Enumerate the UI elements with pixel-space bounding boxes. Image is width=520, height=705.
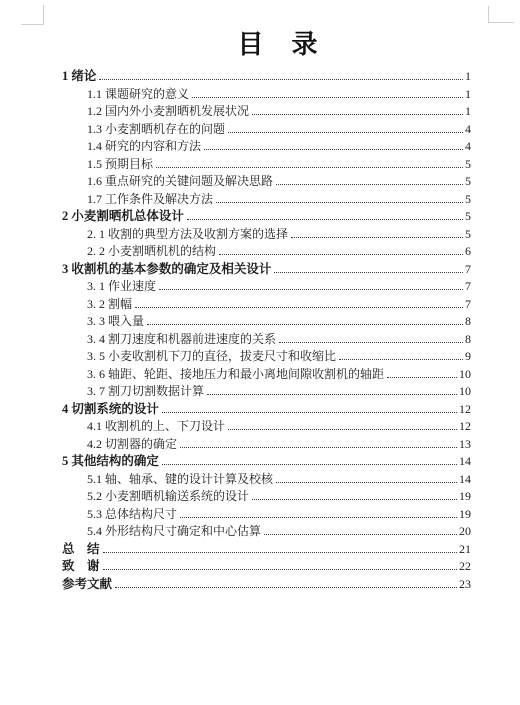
toc-entry[interactable]: 4 切割系统的设计 12 [62, 401, 471, 419]
toc-entry-page-number: 21 [459, 541, 471, 559]
dot-leader [252, 114, 463, 115]
toc-entry-label: 3 收割机的基本参数的确定及相关设计 [62, 261, 271, 279]
toc-entry-page-number: 1 [465, 103, 471, 121]
toc-entry[interactable]: 5.3 总体结构尺寸 19 [62, 506, 471, 524]
toc-entry-page-number: 7 [465, 278, 471, 296]
toc-entry-page-number: 5 [465, 226, 471, 244]
toc-entry[interactable]: 5.2 小麦割晒机输送系统的设计 19 [62, 488, 471, 506]
dot-leader [276, 184, 463, 185]
toc-entry-label: 2 小麦割晒机总体设计 [62, 208, 184, 226]
dot-leader [279, 342, 463, 343]
toc-entry[interactable]: 总 结 21 [62, 541, 471, 559]
toc-entry-page-number: 5 [465, 173, 471, 191]
document-page: 目 录 1 绪论 1 1.1 课题研究的意义 1 1.2 国内外小麦割晒机发展状… [0, 0, 520, 705]
toc-entry[interactable]: 5 其他结构的确定 14 [62, 453, 471, 471]
toc-entry-page-number: 23 [459, 576, 471, 594]
dot-leader [99, 79, 463, 80]
toc-entry[interactable]: 1.4 研究的内容和方法 4 [62, 138, 471, 156]
toc-entry-label: 3. 7 割刀切割数据计算 [87, 383, 204, 401]
toc-entry-page-number: 6 [465, 243, 471, 261]
toc-entry-page-number: 7 [465, 296, 471, 314]
toc-entry-page-number: 4 [465, 138, 471, 156]
toc-entry[interactable]: 3 收割机的基本参数的确定及相关设计 7 [62, 261, 471, 279]
toc-entry[interactable]: 致 谢 22 [62, 558, 471, 576]
toc-entry-label: 1.2 国内外小麦割晒机发展状况 [87, 103, 249, 121]
toc-entry-label: 2. 2 小麦割晒机机的结构 [87, 243, 216, 261]
dot-leader [156, 167, 463, 168]
dot-leader [135, 307, 463, 308]
dot-leader [103, 569, 457, 570]
dot-leader [264, 534, 457, 535]
toc-entry-page-number: 4 [465, 121, 471, 139]
dot-leader [180, 517, 457, 518]
toc-title: 目 录 [43, 24, 513, 61]
toc-entry[interactable]: 1 绪论 1 [62, 68, 471, 86]
toc-entry-label: 5.3 总体结构尺寸 [87, 506, 177, 524]
toc-entry-page-number: 22 [459, 558, 471, 576]
toc-entry[interactable]: 3. 7 割刀切割数据计算 10 [62, 383, 471, 401]
toc-entry[interactable]: 4.1 收割机的上、下刀设计 12 [62, 418, 471, 436]
dot-leader [276, 482, 457, 483]
dot-leader [147, 324, 463, 325]
toc-entry-label: 3. 3 喂入量 [87, 313, 144, 331]
toc-entry-label: 5 其他结构的确定 [62, 453, 159, 471]
toc-entry-label: 4 切割系统的设计 [62, 401, 159, 419]
toc-entry-page-number: 12 [459, 401, 471, 419]
dot-leader [339, 359, 463, 360]
toc-entry-label: 5.2 小麦割晒机输送系统的设计 [87, 488, 249, 506]
toc-entry-page-number: 20 [459, 523, 471, 541]
toc-entry-page-number: 10 [459, 366, 471, 384]
toc-entry-label: 1 绪论 [62, 68, 96, 86]
toc-entry-page-number: 8 [465, 313, 471, 331]
toc-entry-page-number: 14 [459, 471, 471, 489]
toc-entry-page-number: 5 [465, 191, 471, 209]
toc-entry[interactable]: 1.7 工作条件及解决方法 5 [62, 191, 471, 209]
dot-leader [387, 377, 457, 378]
toc-entry[interactable]: 3. 3 喂入量 8 [62, 313, 471, 331]
toc-entry[interactable]: 参考文献 23 [62, 576, 471, 594]
dot-leader [162, 412, 457, 413]
dot-leader [115, 587, 457, 588]
toc-entry[interactable]: 5.4 外形结构尺寸确定和中心估算 20 [62, 523, 471, 541]
toc-entry-label: 1.6 重点研究的关键问题及解决思路 [87, 173, 273, 191]
text-boundary-mark-top-left [21, 5, 44, 25]
toc-entry-page-number: 5 [465, 156, 471, 174]
toc-entry[interactable]: 5.1 轴、轴承、键的设计计算及校核 14 [62, 471, 471, 489]
dot-leader [159, 289, 463, 290]
toc-entry[interactable]: 1.2 国内外小麦割晒机发展状况 1 [62, 103, 471, 121]
toc-entry-page-number: 19 [459, 506, 471, 524]
dot-leader [252, 499, 457, 500]
toc-entry-label: 总 结 [62, 541, 100, 559]
toc-entry-page-number: 13 [459, 436, 471, 454]
toc-entry-label: 3. 2 割幅 [87, 296, 132, 314]
dot-leader [180, 447, 457, 448]
dot-leader [204, 149, 463, 150]
dot-leader [162, 464, 457, 465]
toc-entry[interactable]: 3. 1 作业速度 7 [62, 278, 471, 296]
toc-entry-page-number: 1 [465, 86, 471, 104]
toc-entry-page-number: 12 [459, 418, 471, 436]
toc-entry[interactable]: 2. 2 小麦割晒机机的结构 6 [62, 243, 471, 261]
toc-entry[interactable]: 4.2 切割器的确定 13 [62, 436, 471, 454]
toc-entry-label: 5.4 外形结构尺寸确定和中心估算 [87, 523, 261, 541]
toc-entry[interactable]: 3. 6 轴距、轮距、接地压力和最小离地间隙收割机的轴距 10 [62, 366, 471, 384]
dot-leader [291, 237, 463, 238]
dot-leader [274, 272, 463, 273]
dot-leader [207, 394, 457, 395]
toc-entry-page-number: 14 [459, 453, 471, 471]
dot-leader [219, 254, 463, 255]
toc-entry-label: 1.4 研究的内容和方法 [87, 138, 201, 156]
dot-leader [216, 202, 463, 203]
toc-entry-page-number: 19 [459, 488, 471, 506]
dot-leader [187, 219, 463, 220]
toc-entry-label: 参考文献 [62, 576, 112, 594]
toc-entry-label: 4.1 收割机的上、下刀设计 [87, 418, 225, 436]
toc-entry[interactable]: 1.1 课题研究的意义 1 [62, 86, 471, 104]
toc-entry-page-number: 5 [465, 208, 471, 226]
toc-entry[interactable]: 2 小麦割晒机总体设计 5 [62, 208, 471, 226]
dot-leader [103, 552, 457, 553]
dot-leader [228, 132, 463, 133]
toc-entry[interactable]: 1.3 小麦割晒机存在的问题 4 [62, 121, 471, 139]
dot-leader [228, 429, 457, 430]
toc-entry[interactable]: 1.6 重点研究的关键问题及解决思路 5 [62, 173, 471, 191]
toc-entry-page-number: 10 [459, 383, 471, 401]
toc-entry[interactable]: 3. 4 割刀速度和机器前进速度的关系 8 [62, 331, 471, 349]
toc-entry-label: 5.1 轴、轴承、键的设计计算及校核 [87, 471, 273, 489]
toc-entry-label: 3. 6 轴距、轮距、接地压力和最小离地间隙收割机的轴距 [87, 366, 384, 384]
toc-entry-label: 1.1 课题研究的意义 [87, 86, 189, 104]
toc-entry[interactable]: 3. 5 小麦收割机下刀的直径，拔麦尺寸和收缩比 9 [62, 348, 471, 366]
dot-leader [192, 97, 463, 98]
toc-entry-label: 4.2 切割器的确定 [87, 436, 177, 454]
toc-entry-label: 2. 1 收割的典型方法及收割方案的选择 [87, 226, 288, 244]
toc-entry-page-number: 7 [465, 261, 471, 279]
toc-entry[interactable]: 2. 1 收割的典型方法及收割方案的选择 5 [62, 226, 471, 244]
toc-entry-label: 3. 1 作业速度 [87, 278, 156, 296]
toc-entry-label: 3. 4 割刀速度和机器前进速度的关系 [87, 331, 276, 349]
toc-entry-label: 1.7 工作条件及解决方法 [87, 191, 213, 209]
toc-entry-page-number: 9 [465, 348, 471, 366]
toc-entry-label: 致 谢 [62, 558, 100, 576]
toc-entry-label: 3. 5 小麦收割机下刀的直径，拔麦尺寸和收缩比 [87, 348, 336, 366]
toc-entry[interactable]: 1.5 预期目标 5 [62, 156, 471, 174]
text-boundary-mark-top-right [488, 6, 514, 23]
toc-entry-page-number: 8 [465, 331, 471, 349]
toc-entry-label: 1.5 预期目标 [87, 156, 153, 174]
toc-entry[interactable]: 3. 2 割幅 7 [62, 296, 471, 314]
toc-entry-label: 1.3 小麦割晒机存在的问题 [87, 121, 225, 139]
toc-entry-page-number: 1 [465, 68, 471, 86]
toc-list: 1 绪论 1 1.1 课题研究的意义 1 1.2 国内外小麦割晒机发展状况 1 … [62, 68, 471, 593]
